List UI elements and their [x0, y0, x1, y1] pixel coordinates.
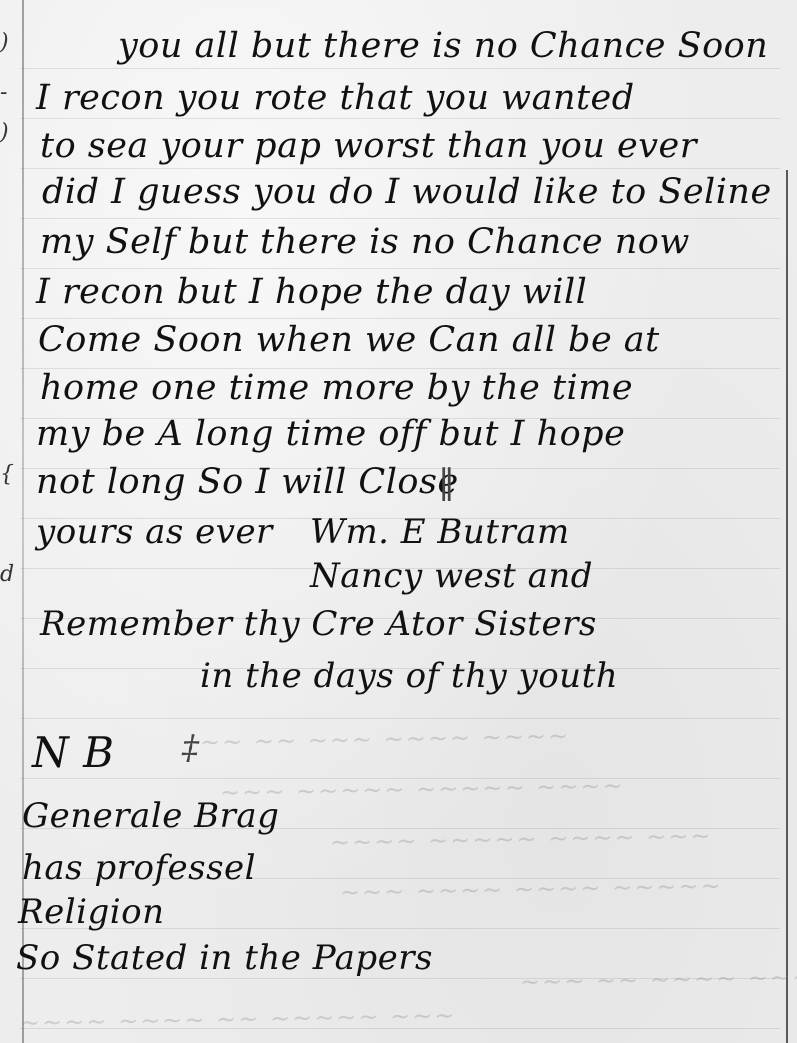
- letter-line: I recon but I hope the day will: [36, 272, 587, 312]
- nota-bene-line: has professel: [22, 848, 256, 888]
- letter-line: home one time more by the time: [40, 368, 633, 408]
- letter-line: to sea your pap worst than you ever: [40, 126, 697, 166]
- letter-line: Come Soon when we Can all be at: [38, 320, 660, 360]
- bleed-through-text: ~~~ ~~~~ ~~~~ ~~~~~: [340, 872, 723, 907]
- ruled-line: [20, 118, 780, 119]
- postscript-line: Nancy west and: [310, 556, 593, 596]
- bleed-through-text: ~~~ ~~~~~ ~~~~~ ~~~~: [220, 771, 625, 806]
- nota-bene-line: Generale Brag: [22, 796, 279, 836]
- bleed-through-text: ~~~ ~~ ~~~~ ~~~~~: [520, 962, 797, 996]
- bleed-through-text: ~~ ~~ ~~~ ~~~~ ~~~~: [200, 722, 571, 756]
- postscript-line: in the days of thy youth: [200, 656, 618, 696]
- letter-line: not long So I will Close: [36, 462, 459, 502]
- nota-bene-label: N B: [32, 728, 114, 777]
- margin-mark: d: [0, 562, 14, 587]
- ruled-line: [20, 68, 780, 69]
- margin-mark: {: [0, 462, 14, 487]
- right-margin-rule: [786, 170, 788, 1043]
- signature: Wm. E Butram: [310, 512, 570, 552]
- flourish-mark: ‖: [438, 462, 455, 502]
- letter-line: my be A long time off but I hope: [36, 414, 625, 454]
- closing-salutation: yours as ever: [36, 512, 273, 552]
- ruled-line: [20, 168, 780, 169]
- ruled-line: [20, 718, 780, 719]
- bleed-through-text: ~~~~ ~~~~~ ~~~~ ~~~: [330, 822, 713, 857]
- letter-line: I recon you rote that you wanted: [36, 78, 635, 118]
- letter-line: did I guess you do I would like to Selin…: [42, 172, 772, 212]
- margin-mark: ): [0, 120, 9, 145]
- letter-line: my Self but there is no Chance now: [40, 222, 690, 262]
- ruled-line: [20, 318, 780, 319]
- margin-mark: ): [0, 30, 9, 55]
- ruled-line: [20, 218, 780, 219]
- ruled-line: [20, 268, 780, 269]
- nota-bene-line: So Stated in the Papers: [16, 938, 433, 978]
- postscript-line: Remember thy Cre Ator Sisters: [40, 604, 597, 644]
- letter-line: you all but there is no Chance Soon: [118, 26, 768, 66]
- bleed-through-text: ~~~~ ~~~~ ~~ ~~~~~ ~~~: [20, 1001, 457, 1037]
- nota-bene-line: Religion: [18, 892, 164, 932]
- margin-mark: -: [0, 80, 7, 105]
- letter-page: ~~ ~~ ~~~ ~~~~ ~~~~ ~~~ ~~~~~ ~~~~~ ~~~~…: [0, 0, 797, 1043]
- flourish-mark: ‡: [182, 728, 199, 768]
